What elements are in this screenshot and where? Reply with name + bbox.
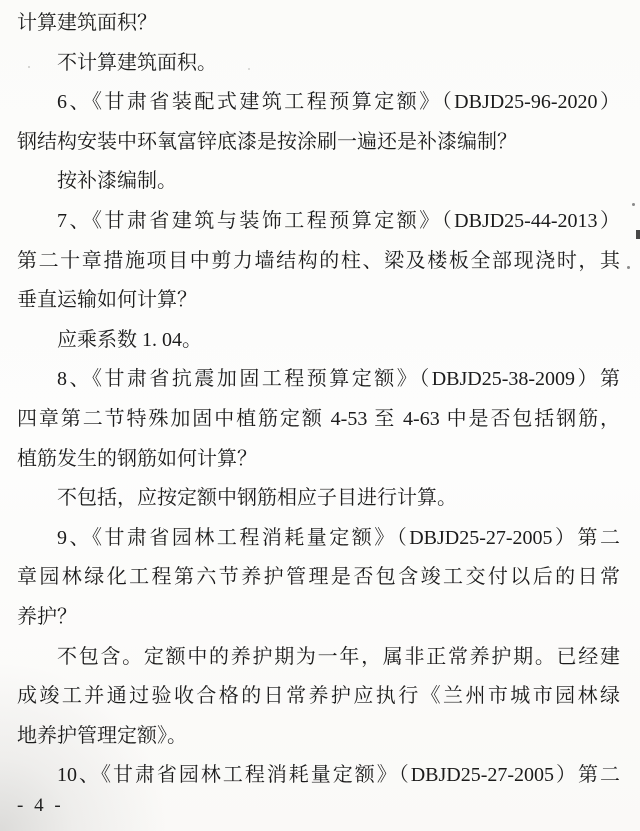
scan-speck (28, 66, 30, 68)
scan-speck (632, 203, 635, 206)
text-line: 8、《甘肃省抗震加固工程预算定额》（DBJD25-38-2009）第 (17, 360, 620, 400)
text-line: 9、《甘肃省园林工程消耗量定额》（DBJD25-27-2005）第二 (17, 519, 620, 559)
scan-edge-mark (636, 230, 640, 239)
scan-speck (248, 68, 250, 70)
text-line: 10、《甘肃省园林工程消耗量定额》（DBJD25-27-2005）第二 (17, 756, 620, 796)
document-page: 计算建筑面积？ 不计算建筑面积。 6、《甘肃省装配式建筑工程预算定额》（DBJD… (0, 0, 640, 831)
text-line: 计算建筑面积？ (17, 4, 620, 44)
text-line: 应乘系数 1. 04。 (17, 321, 620, 361)
text-line: 钢结构安装中环氧富锌底漆是按涂刷一遍还是补漆编制？ (17, 123, 620, 163)
text-line: 第二十章措施项目中剪力墙结构的柱、梁及楼板全部现浇时，其 (17, 242, 620, 282)
page-number: - 4 - (17, 795, 64, 817)
text-line: 不包括，应按定额中钢筋相应子目进行计算。 (17, 479, 620, 519)
text-line: 成竣工并通过验收合格的日常养护应执行《兰州市城市园林绿 (17, 677, 620, 717)
text-line: 章园林绿化工程第六节养护管理是否包含竣工交付以后的日常 (17, 558, 620, 598)
text-line: 养护？ (17, 598, 620, 638)
text-line: 7、《甘肃省建筑与装饰工程预算定额》（DBJD25-44-2013） (17, 202, 620, 242)
text-line: 植筋发生的钢筋如何计算？ (17, 440, 620, 480)
text-line: 地养护管理定额》。 (17, 717, 620, 757)
text-line: 6、《甘肃省装配式建筑工程预算定额》（DBJD25-96-2020） (17, 83, 620, 123)
text-line: 不包含。定额中的养护期为一年，属非正常养护期。已经建 (17, 638, 620, 678)
scan-speck (627, 266, 630, 269)
text-line: 按补漆编制。 (17, 162, 620, 202)
text-line: 不计算建筑面积。 (17, 44, 620, 84)
document-text-block: 计算建筑面积？ 不计算建筑面积。 6、《甘肃省装配式建筑工程预算定额》（DBJD… (0, 0, 640, 796)
text-line: 四章第二节特殊加固中植筋定额 4-53 至 4-63 中是否包括钢筋， (17, 400, 620, 440)
text-line: 垂直运输如何计算？ (17, 281, 620, 321)
